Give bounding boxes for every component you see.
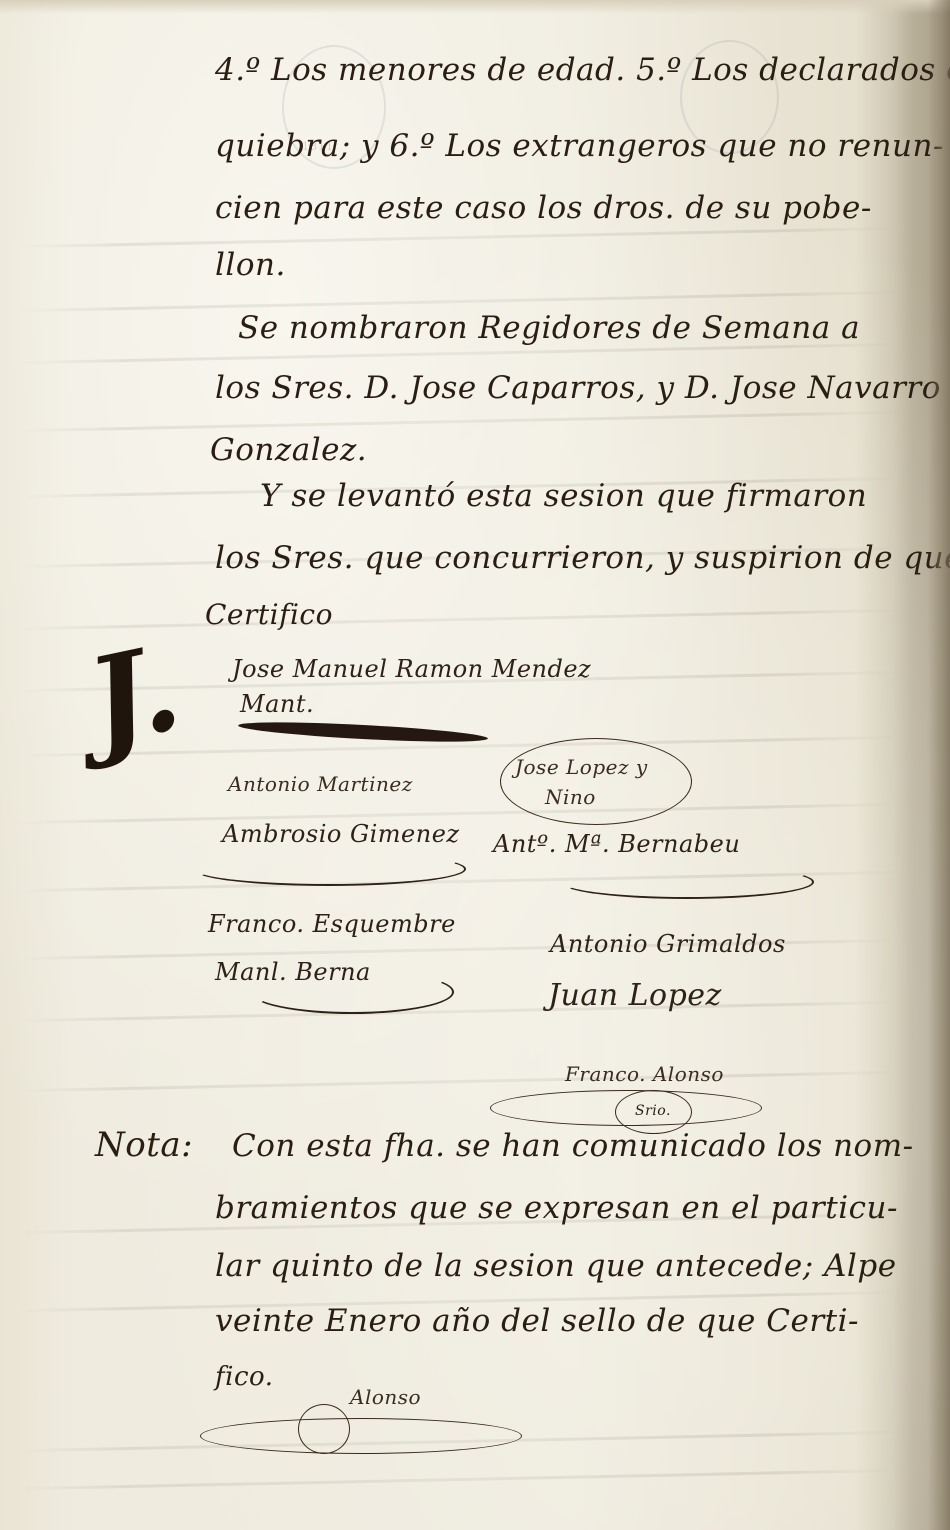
signature-antonio-martinez: Antonio Martinez xyxy=(228,772,413,796)
manuscript-page: 1811 4.º Los menores de edad. 5.º Los de… xyxy=(0,0,950,1530)
bleed-through-line xyxy=(20,1001,900,1022)
note-heading: Nota: xyxy=(95,1125,193,1165)
signature-ant-ma-bernabeu: Antº. Mª. Bernabeu xyxy=(493,830,740,858)
signature-franco-esquembre: Franco. Esquembre xyxy=(208,910,456,938)
signature-underline-stroke xyxy=(238,718,488,745)
body-line-5: Se nombraron Regidores de Semana a xyxy=(238,310,860,346)
initial-mark: J. xyxy=(77,617,192,771)
bleed-through-line xyxy=(20,227,900,248)
body-line-2: quiebra; y 6.º Los extrangeros que no re… xyxy=(215,128,944,164)
signature-flourish xyxy=(560,865,814,899)
note-line-1: Con esta fha. se han comunicado los nom- xyxy=(232,1128,914,1164)
note-line-5: fico. xyxy=(215,1362,273,1392)
signature-antonio-grimaldos: Antonio Grimaldos xyxy=(550,930,786,958)
bleed-through-line xyxy=(20,291,900,312)
closing-rubric-loop xyxy=(298,1404,350,1454)
certifico-line: Certifico xyxy=(205,598,333,631)
signature-flourish xyxy=(192,852,466,886)
bleed-through-line xyxy=(20,1071,900,1092)
signature-jose-lopez-y: Jose Lopez y xyxy=(515,755,648,779)
bleed-through-line xyxy=(20,1469,900,1490)
body-line-7: Gonzalez. xyxy=(210,432,367,468)
body-line-3: cien para este caso los dros. de su pobe… xyxy=(215,190,872,226)
closing-signature-alonso: Alonso xyxy=(350,1385,421,1409)
signature-flourish xyxy=(250,970,454,1014)
body-line-1: 4.º Los menores de edad. 5.º Los declara… xyxy=(215,52,950,88)
note-line-2: bramientos que se expresan en el particu… xyxy=(215,1190,898,1226)
page-top-edge xyxy=(0,0,950,14)
body-line-4: llon. xyxy=(215,247,286,283)
signature-ambrosio-gimenez: Ambrosio Gimenez xyxy=(222,820,460,848)
bleed-through-line xyxy=(20,411,900,432)
note-line-3: lar quinto de la sesion que antecede; Al… xyxy=(215,1248,897,1284)
body-line-9: los Sres. que concurrieron, y suspirion … xyxy=(215,540,950,576)
signature-juan-lopez: Juan Lopez xyxy=(548,978,722,1013)
note-line-4: veinte Enero año del sello de que Certi- xyxy=(215,1303,859,1339)
closing-rubric-oval xyxy=(200,1418,522,1454)
rubric-label-srio: Srio. xyxy=(635,1103,671,1119)
body-line-6: los Sres. D. Jose Caparros, y D. Jose Na… xyxy=(215,370,950,406)
bleed-through-line xyxy=(20,803,900,824)
signature-line-nino: Nino xyxy=(545,785,596,809)
signature-line-mant: Mant. xyxy=(240,690,314,718)
signature-franco-alonso: Franco. Alonso xyxy=(565,1062,724,1086)
body-line-8: Y se levantó esta sesion que firmaron xyxy=(260,478,867,514)
signature-rubric-oval xyxy=(500,738,692,825)
binding-shadow xyxy=(928,0,950,1530)
signature-jose-manuel-ramon-mendez: Jose Manuel Ramon Mendez xyxy=(232,655,591,683)
